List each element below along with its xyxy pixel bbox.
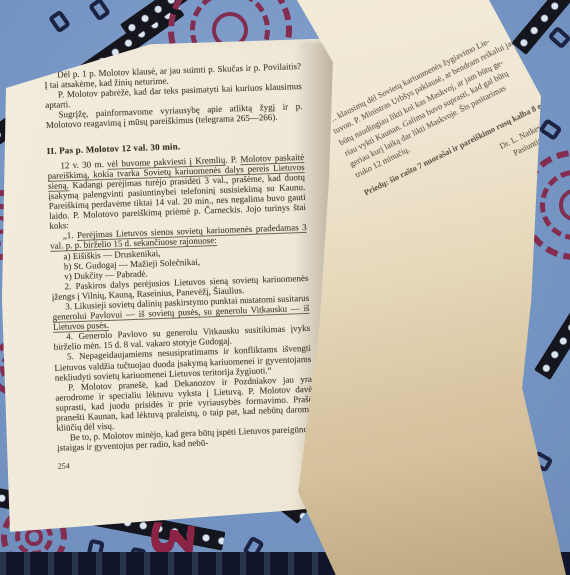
text-segment: P. Molotov pranešė, kad Dekanozov ir Poz… xyxy=(55,374,313,433)
photo-of-open-book: ʒ Dėl p. 1 p. Molotov klausė, ar jau sui… xyxy=(0,0,570,575)
text-segment: „1. xyxy=(63,230,78,240)
paragraph: 12 v. 30 m. vėl buvome pakviesti į Kreml… xyxy=(47,152,306,232)
fabric-glyph-icon xyxy=(547,26,570,50)
text-segment: Kadangi perėjimas turėjo prasidėti 3 val… xyxy=(48,172,306,231)
intro-paragraphs: Dėl p. 1 p. Molotov klausė, ar jau suimt… xyxy=(44,61,303,130)
left-page-text: Dėl p. 1 p. Molotov klausė, ar jau suimt… xyxy=(44,61,315,472)
fabric-glyph-icon xyxy=(538,118,562,141)
page-number: 254 xyxy=(58,453,315,472)
text-segment: . P. xyxy=(225,154,241,165)
fabric-glyph-icon xyxy=(48,9,71,33)
paragraph: P. Molotov pranešė, kad Dekanozov ir Poz… xyxy=(55,374,314,433)
fabric-glyph-icon xyxy=(88,0,111,22)
main-paragraphs: 12 v. 30 m. vėl buvome pakviesti į Kreml… xyxy=(47,152,314,454)
